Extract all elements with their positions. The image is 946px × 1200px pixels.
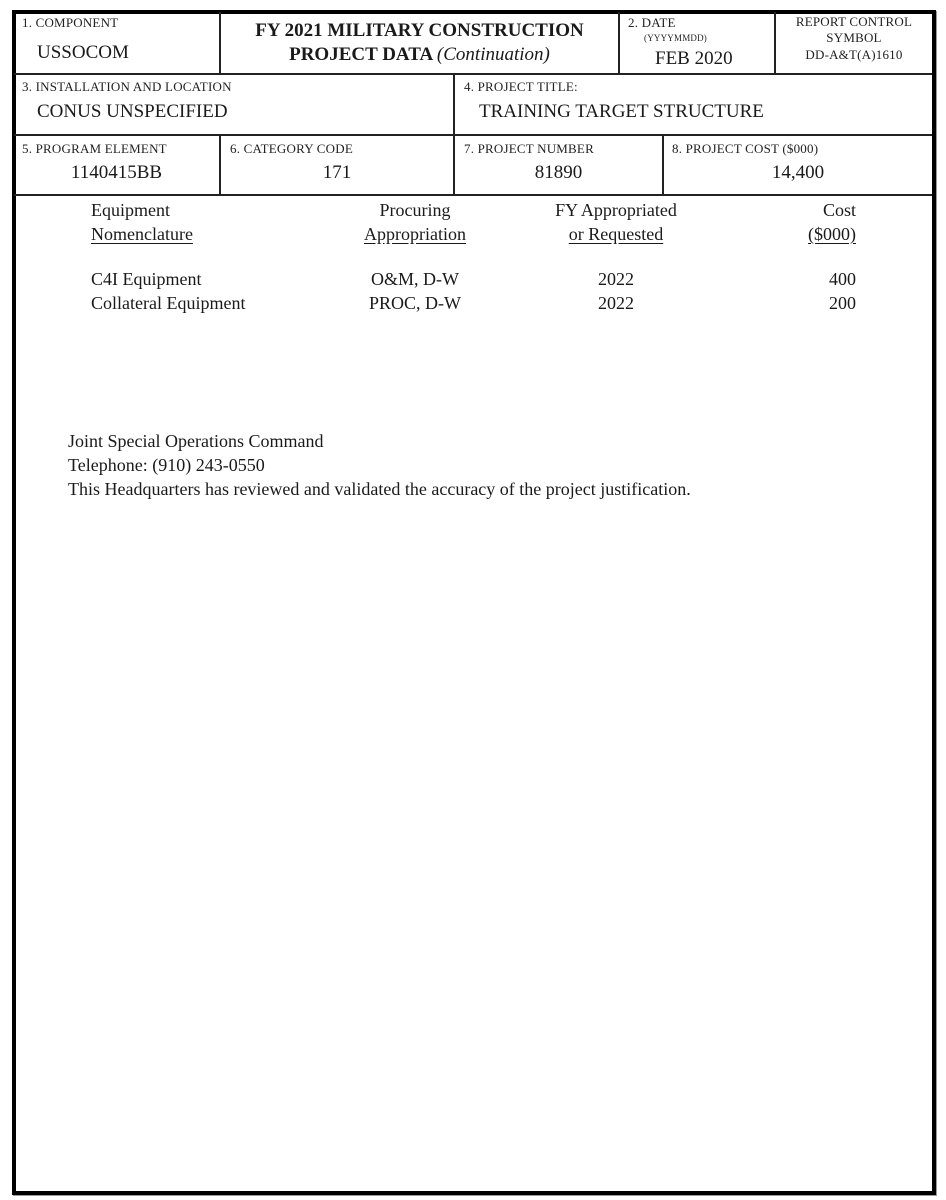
program-element-value: 1140415BB xyxy=(14,162,219,184)
cost-cell: 200 xyxy=(756,293,856,314)
component-label: 1. COMPONENT xyxy=(22,15,118,31)
project-cost-value: 14,400 xyxy=(664,162,932,184)
date-value: FEB 2020 xyxy=(655,48,733,70)
project-number-value: 81890 xyxy=(455,162,662,184)
command-name: Joint Special Operations Command xyxy=(68,431,323,452)
fy-cell: 2022 xyxy=(536,269,696,290)
row-divider-3 xyxy=(14,194,932,196)
project-cost-label: 8. PROJECT COST ($000) xyxy=(672,141,818,157)
col-header-appropriation: Procuring Appropriation xyxy=(340,198,490,246)
date-label: 2. DATE xyxy=(628,15,676,31)
report-control-symbol: DD-A&T(A)1610 xyxy=(776,47,932,63)
fy-cell: 2022 xyxy=(536,293,696,314)
telephone: Telephone: (910) 243-0550 xyxy=(68,455,265,476)
col-divider xyxy=(453,74,455,135)
row-divider-1 xyxy=(14,73,932,75)
nomenclature-cell: Collateral Equipment xyxy=(91,293,245,314)
col-header-nomenclature: Equipment Nomenclature xyxy=(91,198,193,246)
nomenclature-cell: C4I Equipment xyxy=(91,269,202,290)
category-code-label: 6. CATEGORY CODE xyxy=(230,141,353,157)
appropriation-cell: O&M, D-W xyxy=(340,269,490,290)
component-value: USSOCOM xyxy=(37,42,129,64)
col-divider xyxy=(618,12,620,74)
cost-cell: 400 xyxy=(756,269,856,290)
installation-label: 3. INSTALLATION AND LOCATION xyxy=(22,79,232,95)
project-number-label: 7. PROJECT NUMBER xyxy=(464,141,594,157)
row-divider-2 xyxy=(14,134,932,136)
form-title-italic: (Continuation) xyxy=(437,44,550,65)
project-title-value: TRAINING TARGET STRUCTURE xyxy=(479,101,764,123)
report-control-line1: REPORT CONTROL xyxy=(776,14,932,30)
col-header-cost: Cost ($000) xyxy=(756,198,856,246)
form-title-bold: PROJECT DATA xyxy=(289,44,432,65)
col-header-fy: FY Appropriated or Requested xyxy=(536,198,696,246)
form-title-line1: FY 2021 MILITARY CONSTRUCTION xyxy=(221,20,618,42)
appropriation-cell: PROC, D-W xyxy=(340,293,490,314)
program-element-label: 5. PROGRAM ELEMENT xyxy=(22,141,167,157)
form-frame xyxy=(12,10,936,1195)
form-title-line2: PROJECT DATA (Continuation) xyxy=(221,44,618,66)
report-control-line2: SYMBOL xyxy=(776,30,932,46)
category-code-value: 171 xyxy=(221,162,453,184)
installation-value: CONUS UNSPECIFIED xyxy=(37,101,228,123)
date-format-hint: (YYYYMMDD) xyxy=(644,33,707,43)
validation-statement: This Headquarters has reviewed and valid… xyxy=(68,479,691,500)
project-title-label: 4. PROJECT TITLE: xyxy=(464,79,578,95)
